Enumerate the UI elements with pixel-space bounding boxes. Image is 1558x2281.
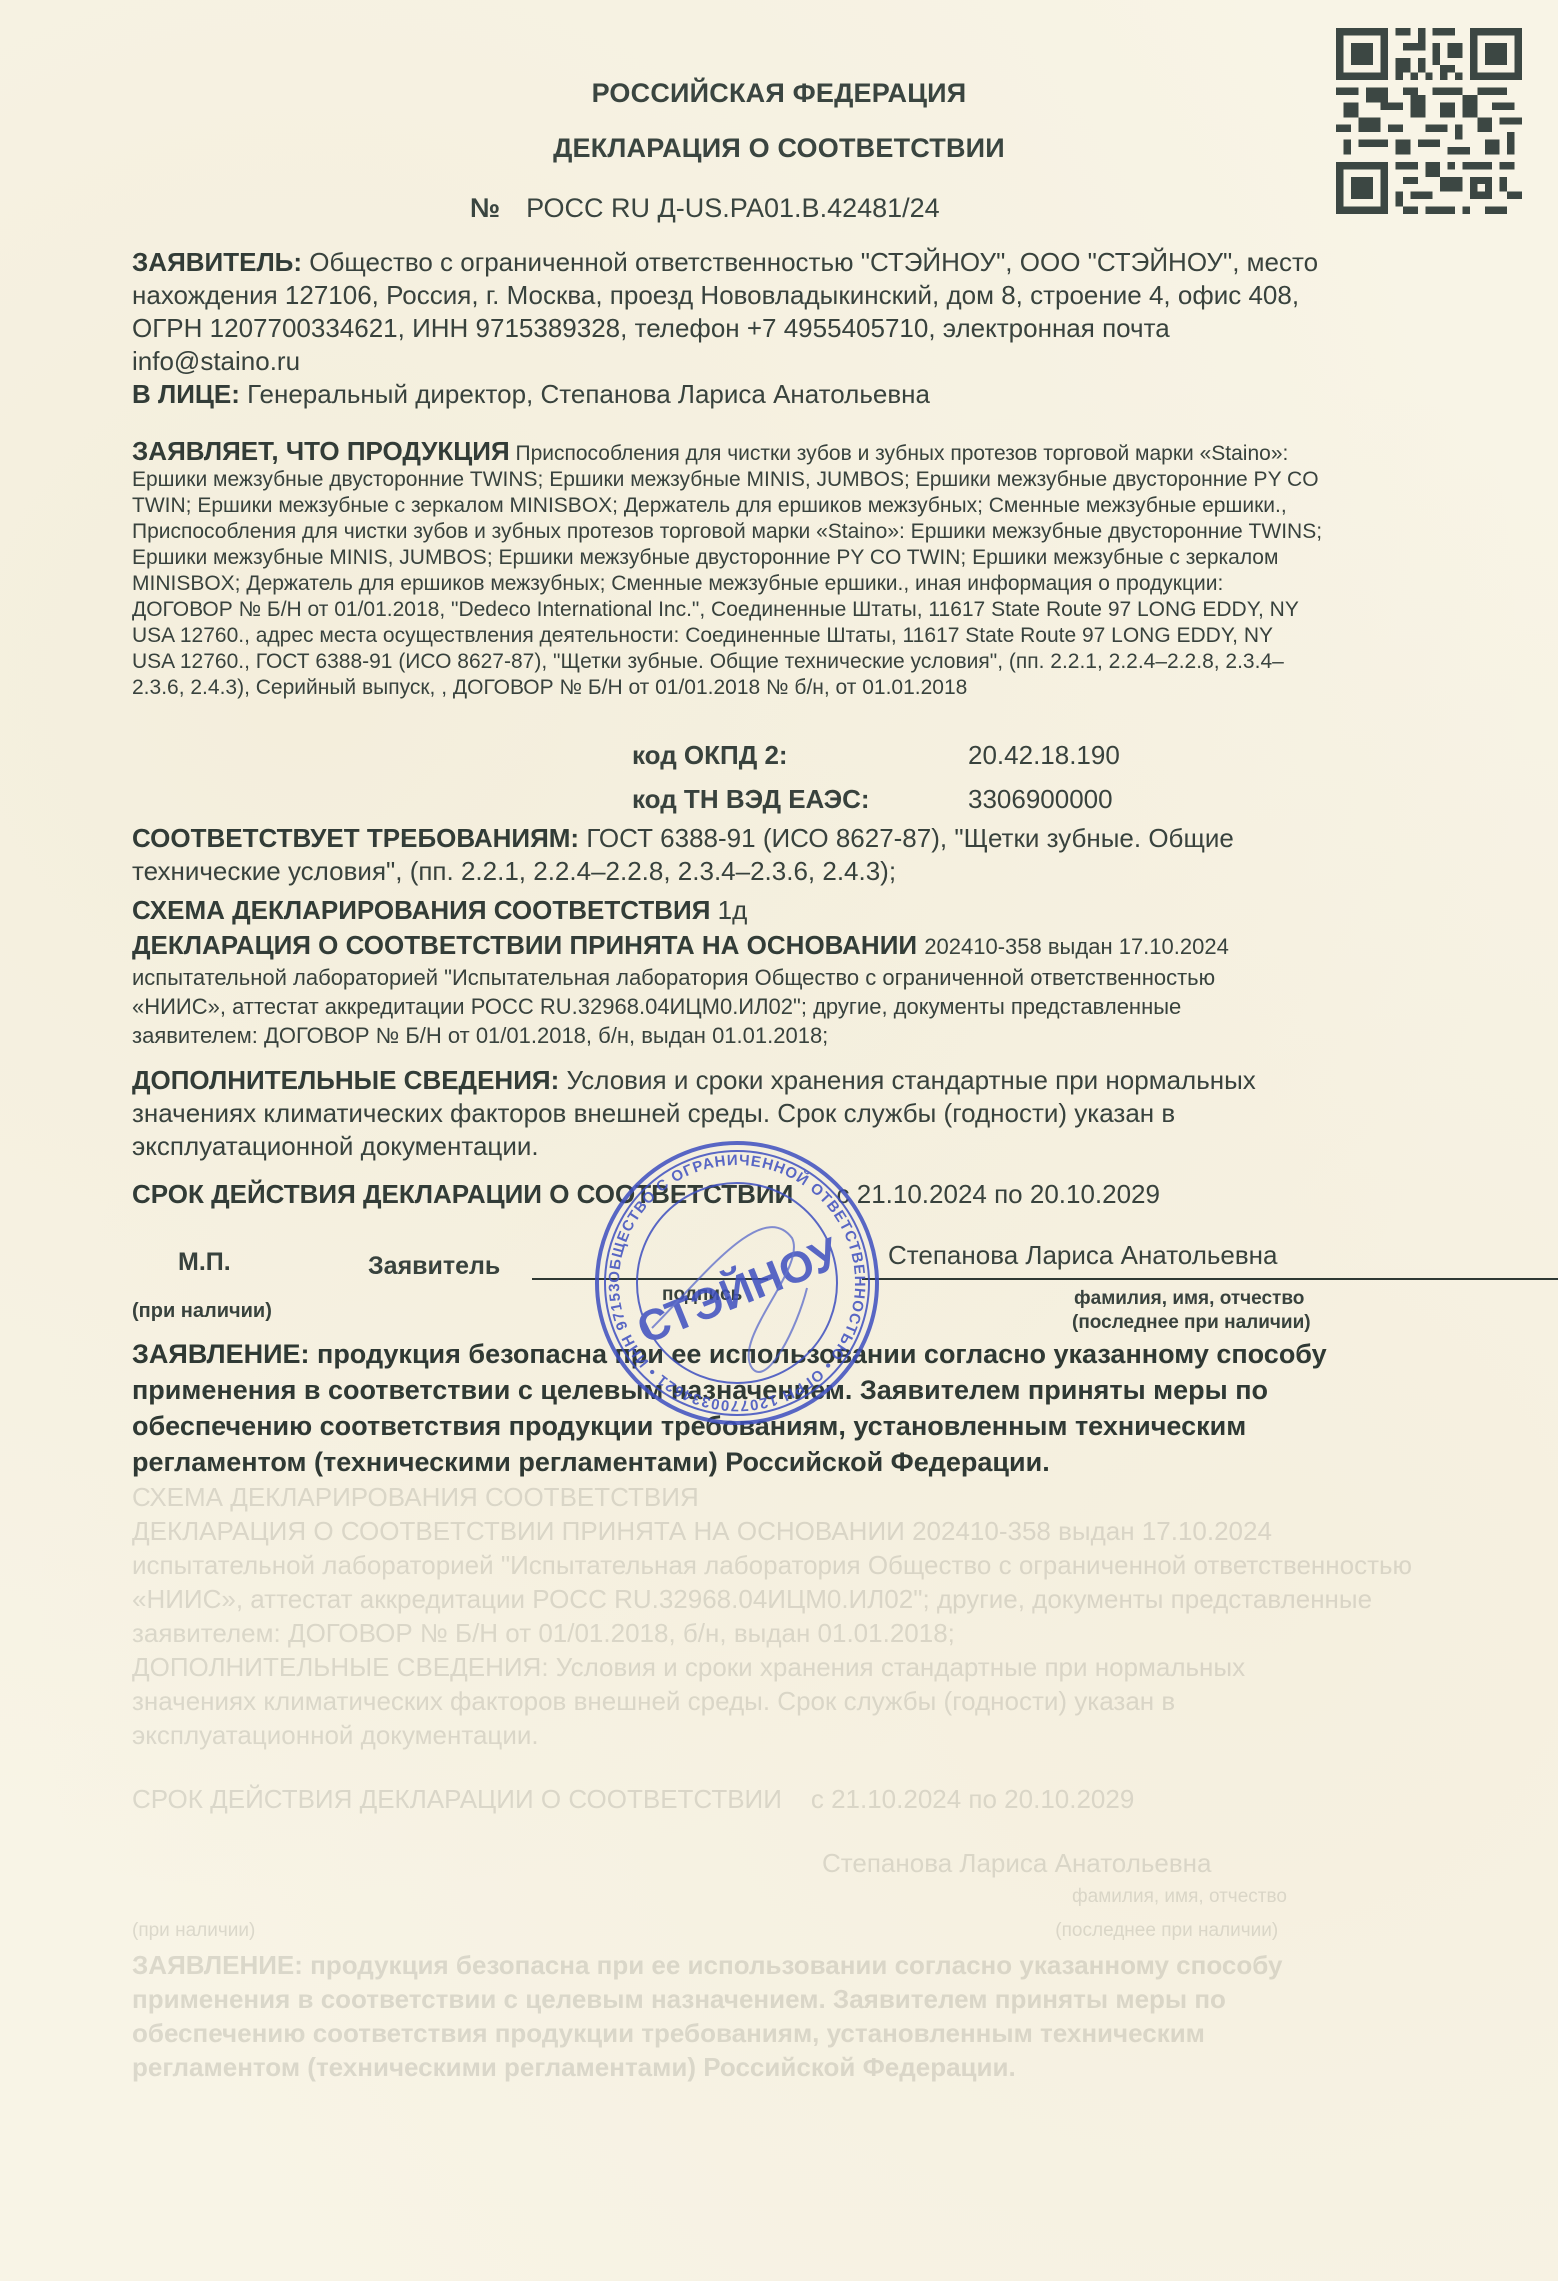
represented-line: В ЛИЦЕ: Генеральный директор, Степанова … bbox=[132, 378, 1542, 411]
product-line-8: USA 12760., адрес места осуществления де… bbox=[132, 623, 1542, 649]
applicant-line-1: ЗАЯВИТЕЛЬ: Общество с ограниченной ответ… bbox=[132, 246, 1542, 279]
represented-label: В ЛИЦЕ: bbox=[132, 379, 240, 409]
scheme-row: СХЕМА ДЕКЛАРИРОВАНИЯ СООТВЕТСТВИЯ 1д bbox=[132, 894, 1542, 927]
applicant-section: ЗАЯВИТЕЛЬ: Общество с ограниченной ответ… bbox=[132, 246, 1542, 411]
additional-label: ДОПОЛНИТЕЛЬНЫЕ СВЕДЕНИЯ: bbox=[132, 1065, 559, 1095]
mp-note: (при наличии) bbox=[132, 1300, 272, 1323]
applicant-line-3: ОГРН 1207700334621, ИНН 9715389328, теле… bbox=[132, 312, 1542, 345]
requirements-section: СООТВЕТСТВУЕТ ТРЕБОВАНИЯМ: ГОСТ 6388-91 … bbox=[132, 822, 1542, 888]
product-label: ЗАЯВЛЯЕТ, ЧТО ПРОДУКЦИЯ bbox=[132, 436, 510, 466]
document-title: ДЕКЛАРАЦИЯ О СООТВЕТСТВИИ bbox=[0, 133, 1558, 164]
country-title: РОССИЙСКАЯ ФЕДЕРАЦИЯ bbox=[0, 78, 1558, 109]
product-line-2: Ершики межзубные двусторонние TWINS; Ерш… bbox=[132, 467, 1542, 493]
product-line-7: ДОГОВОР № Б/Н от 01/01.2018, "Dedeco Int… bbox=[132, 597, 1542, 623]
applicant-label: ЗАЯВИТЕЛЬ: bbox=[132, 247, 302, 277]
okpd-value: 20.42.18.190 bbox=[968, 740, 1120, 770]
number-value: РОСС RU Д-US.РА01.В.42481/24 bbox=[526, 193, 940, 223]
product-line-1: ЗАЯВЛЯЕТ, ЧТО ПРОДУКЦИЯ Приспособления д… bbox=[132, 438, 1542, 467]
signer-name: Степанова Лариса Анатольевна bbox=[888, 1240, 1278, 1271]
product-line-4: Приспособления для чистки зубов и зубных… bbox=[132, 519, 1542, 545]
company-stamp-icon: ОБЩЕСТВО С ОГРАНИЧЕННОЙ ОТВЕТСТВЕННОСТЬЮ… bbox=[592, 1138, 882, 1428]
scheme-label: СХЕМА ДЕКЛАРИРОВАНИЯ СООТВЕТСТВИЯ bbox=[132, 895, 710, 925]
validity-value: с 21.10.2024 по 20.10.2029 bbox=[837, 1179, 1160, 1209]
name-line bbox=[862, 1278, 1558, 1280]
number-sign: № bbox=[470, 193, 500, 223]
basis-section: ДЕКЛАРАЦИЯ О СООТВЕТСТВИИ ПРИНЯТА НА ОСН… bbox=[132, 929, 1542, 1050]
okpd-label: код ОКПД 2: bbox=[632, 740, 968, 771]
svg-text:СТЭЙНОУ: СТЭЙНОУ bbox=[630, 1227, 847, 1354]
applicant-email: info@staino.ru bbox=[132, 345, 1542, 378]
declaration-number: №РОСС RU Д-US.РА01.В.42481/24 bbox=[470, 193, 940, 224]
tnved-value: 3306900000 bbox=[968, 784, 1113, 814]
scheme-value: 1д bbox=[718, 895, 748, 925]
product-line-9: USA 12760., ГОСТ 6388-91 (ИСО 8627-87), … bbox=[132, 649, 1542, 675]
qr-code-icon bbox=[1336, 28, 1522, 214]
product-line-3: TWIN; Ершики межзубные с зеркалом MINISB… bbox=[132, 493, 1542, 519]
bleed-through-text: СХЕМА ДЕКЛАРИРОВАНИЯ СООТВЕТСТВИЯ ДЕКЛАР… bbox=[132, 1480, 1532, 2084]
product-line-10: 2.3.6, 2.4.3), Серийный выпуск, , ДОГОВО… bbox=[132, 675, 1542, 701]
product-line-6: MINISBOX; Держатель для ершиков межзубны… bbox=[132, 571, 1542, 597]
okpd-code-row: код ОКПД 2:20.42.18.190 bbox=[632, 740, 1120, 771]
tnved-code-row: код ТН ВЭД ЕАЭС:3306900000 bbox=[632, 784, 1113, 815]
requirements-label: СООТВЕТСТВУЕТ ТРЕБОВАНИЯМ: bbox=[132, 823, 579, 853]
tnved-label: код ТН ВЭД ЕАЭС: bbox=[632, 784, 968, 815]
product-section: ЗАЯВЛЯЕТ, ЧТО ПРОДУКЦИЯ Приспособления д… bbox=[132, 438, 1542, 701]
applicant-signature-label: Заявитель bbox=[368, 1252, 500, 1281]
mp-label: М.П. bbox=[178, 1248, 231, 1277]
applicant-line-2: нахождения 127106, Россия, г. Москва, пр… bbox=[132, 279, 1542, 312]
basis-label: ДЕКЛАРАЦИЯ О СООТВЕТСТВИИ ПРИНЯТА НА ОСН… bbox=[132, 930, 917, 960]
name-caption: фамилия, имя, отчество bbox=[1074, 1288, 1304, 1310]
name-caption-2: (последнее при наличии) bbox=[1072, 1312, 1311, 1334]
product-line-5: Ершики межзубные MINIS, JUMBOS; Ершики м… bbox=[132, 545, 1542, 571]
